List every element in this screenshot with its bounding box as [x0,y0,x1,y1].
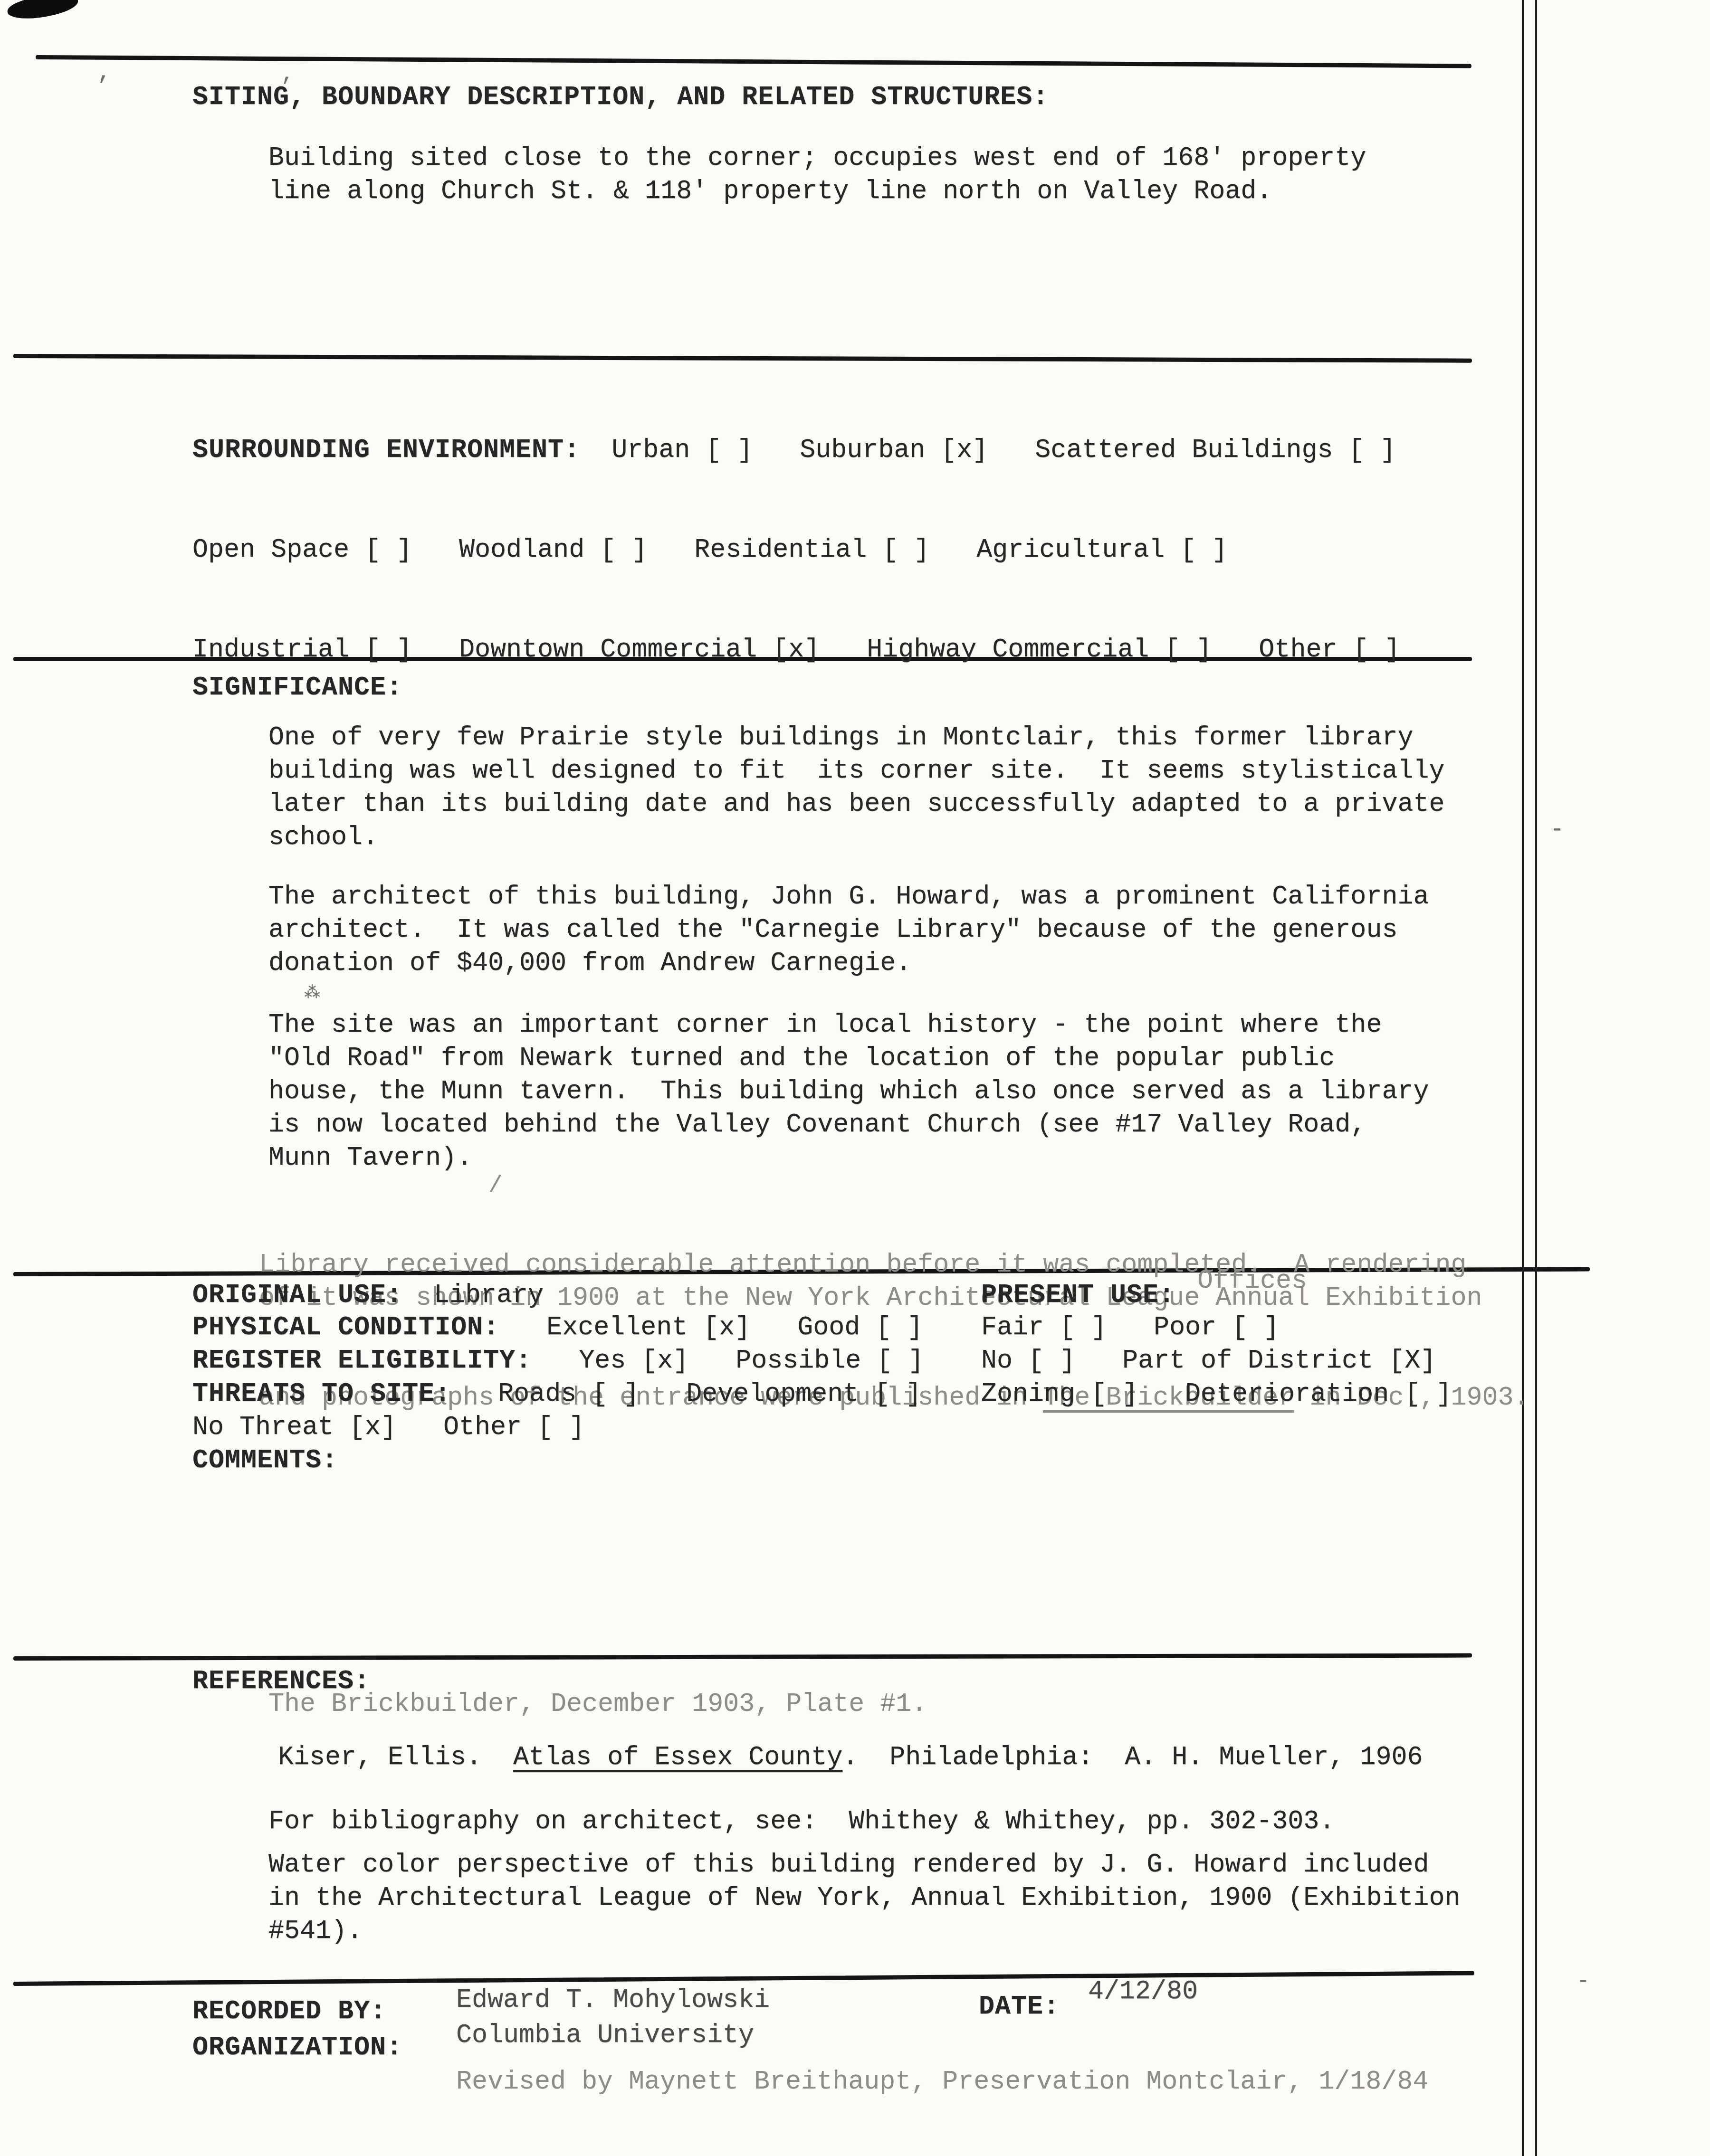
physical-condition-options-right: Fair [ ] Poor [ ] [981,1311,1279,1344]
text-line: building was well designed to fit its co… [268,754,1444,788]
original-use-value: Library [402,1280,544,1310]
text-line: Building sited close to the corner; occu… [268,142,1366,175]
section-divider [13,354,1472,363]
organization-label: ORGANIZATION: [192,2031,402,2064]
comments-label: COMMENTS: [192,1444,338,1477]
organization-value: Columbia University [456,2019,754,2052]
scanned-survey-form-page: , , - - SITING, BOUNDARY DESCRIPTION, AN… [0,0,1710,2156]
scan-speck-artifact: - [1576,1965,1590,1998]
text-line: The site was an important corner in loca… [268,1008,1429,1042]
significance-paragraph-2: The architect of this building, John G. … [268,880,1429,980]
text-line: "Old Road" from Newark turned and the lo… [268,1042,1429,1075]
register-eligibility-label: REGISTER ELIGIBILITY: [192,1346,532,1376]
reference-text: . Philadelphia: A. H. Mueller, 1906 [842,1742,1423,1772]
text-line: #541). [268,1915,1460,1948]
recorded-by-value: Edward T. Mohylowski [456,1984,770,2017]
binding-edge-line [1522,0,1524,2156]
scan-speck-artifact: - [1550,813,1564,846]
text-line: is now located behind the Valley Covenan… [268,1108,1429,1141]
siting-section-heading: SITING, BOUNDARY DESCRIPTION, AND RELATE… [192,81,1049,114]
text-line: Water color perspective of this building… [268,1848,1460,1881]
revised-by-note: Revised by Maynett Breithaupt, Preservat… [456,2065,1428,2099]
significance-paragraph-3: The site was an important corner in loca… [268,1008,1429,1175]
text-line: school. [268,821,1444,854]
significance-section-heading: SIGNIFICANCE: [192,671,402,704]
environment-row: Industrial [ ] Downtown Commercial [x] H… [192,633,1400,666]
section-divider [13,1653,1472,1661]
date-label: DATE: [979,1990,1060,2023]
date-value: 4/12/80 [1088,1975,1198,2008]
environment-options: Urban [ ] Suburban [x] Scattered Buildin… [580,435,1395,465]
reference-watercolor: Water color perspective of this building… [268,1848,1460,1948]
environment-row: Open Space [ ] Woodland [ ] Residential … [192,533,1400,567]
smudge-artifact: ⁂ [304,977,320,1010]
section-divider [36,55,1471,68]
threats-to-site-options: Roads [ ] Development [ ] [451,1379,921,1409]
physical-condition-label: PHYSICAL CONDITION: [192,1312,499,1342]
text-line: later than its building date and has bee… [268,788,1444,821]
field-original-use: ORIGINAL USE: Library [192,1279,544,1312]
reference-text: Kiser, Ellis. [278,1742,513,1772]
threats-to-site-options-right: Zoning [ ] Deterioration [ ] [981,1377,1452,1411]
threats-to-site-label: THREATS TO SITE: [192,1379,451,1409]
field-physical-condition: PHYSICAL CONDITION: Excellent [x] Good [… [192,1311,923,1344]
register-eligibility-options-right: No [ ] Part of District [X] [981,1344,1436,1377]
physical-condition-options: Excellent [x] Good [ ] [499,1312,923,1342]
ink-blot-artifact [6,0,79,21]
reference-brickbuilder: The Brickbuilder, December 1903, Plate #… [268,1688,927,1721]
reference-kiser-atlas: Kiser, Ellis. Atlas of Essex County. Phi… [278,1741,1423,1774]
environment-row: SURROUNDING ENVIRONMENT: Urban [ ] Subur… [192,434,1400,467]
text-line: donation of $40,000 from Andrew Carnegie… [268,947,1429,980]
scan-speck-artifact: , [97,56,111,89]
text-line: line along Church St. & 118' property li… [268,175,1366,208]
siting-description-text: Building sited close to the corner; occu… [268,142,1366,208]
text-line: house, the Munn tavern. This building wh… [268,1075,1429,1108]
binding-edge-line [1535,0,1537,2156]
atlas-underlined-title: Atlas of Essex County [513,1742,842,1772]
threats-to-site-options-continued: No Threat [x] Other [ ] [192,1411,584,1444]
register-eligibility-options: Yes [x] Possible [ ] [532,1346,924,1376]
field-threats-to-site: THREATS TO SITE: Roads [ ] Development [… [192,1377,921,1411]
recorded-by-label: RECORDED BY: [192,1995,386,2028]
text-line: The architect of this building, John G. … [268,880,1429,913]
text-line: Munn Tavern). [268,1141,1429,1175]
present-use-label: PRESENT USE: [981,1279,1175,1312]
environment-label: SURROUNDING ENVIRONMENT: [192,435,580,465]
reference-bibliography: For bibliography on architect, see: Whit… [268,1805,1335,1838]
present-use-value: Offices [1197,1264,1307,1298]
text-line: One of very few Prairie style buildings … [268,721,1444,754]
field-register-eligibility: REGISTER ELIGIBILITY: Yes [x] Possible [… [192,1344,924,1377]
text-line: architect. It was called the "Carnegie L… [268,913,1429,947]
text-line: Library received considerable attention … [259,1248,1529,1282]
text-line: in the Architectural League of New York,… [268,1881,1460,1915]
insertion-mark: / [488,1169,503,1203]
significance-paragraph-1: One of very few Prairie style buildings … [268,721,1444,854]
original-use-label: ORIGINAL USE: [192,1280,402,1310]
